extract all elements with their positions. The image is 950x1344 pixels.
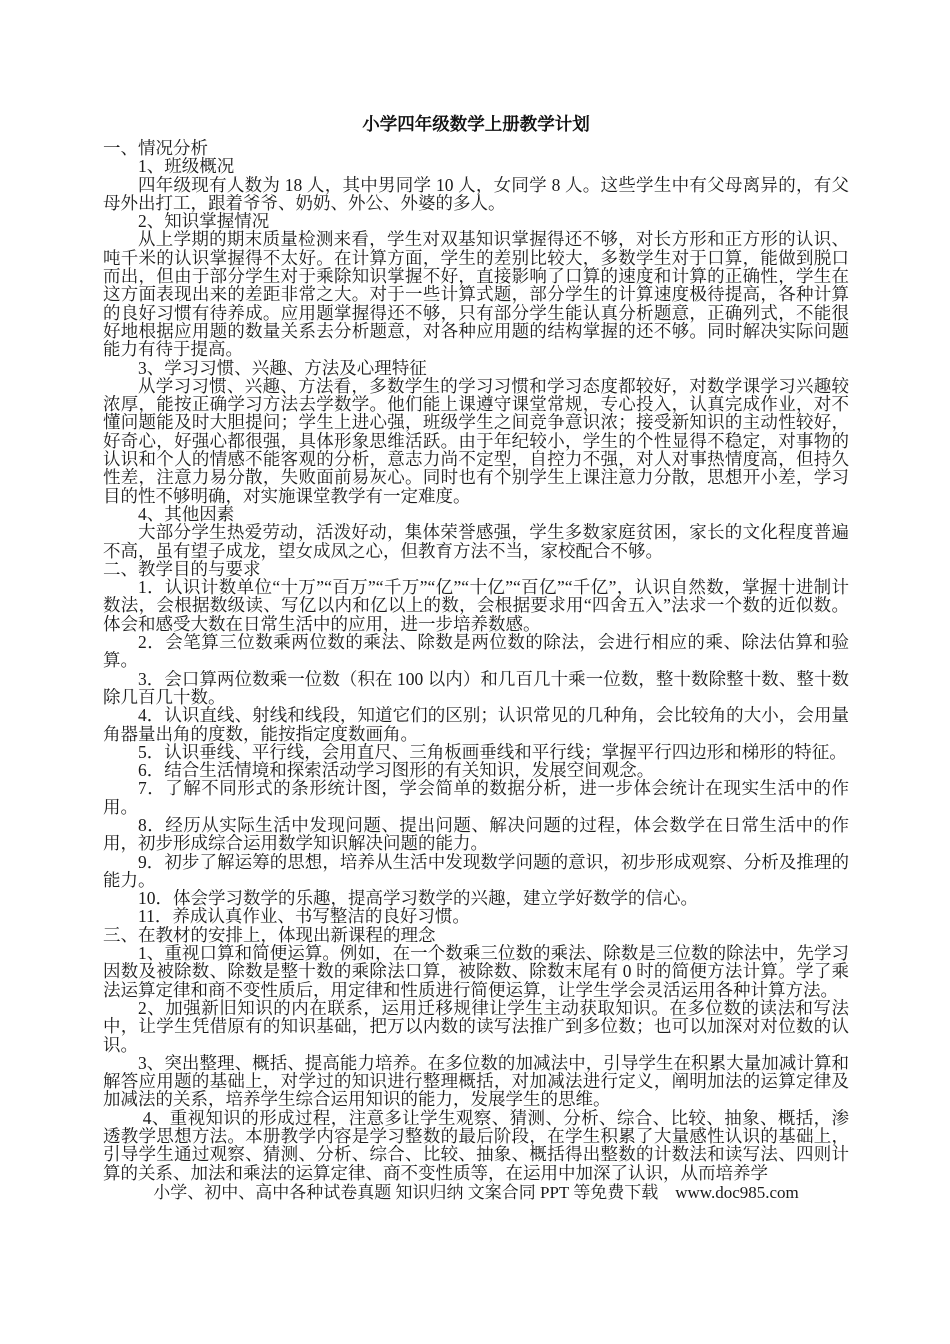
section-heading: 三、在教材的安排上，体现出新课程的理念 xyxy=(103,926,849,944)
paragraph: 8．经历从实际生活中发现问题、提出问题、解决问题的过程，体会数学在日常生活中的作… xyxy=(103,816,849,853)
paragraph: 2．会笔算三位数乘两位数的乘法、除数是两位数的除法，会进行相应的乘、除法估算和验… xyxy=(103,633,849,670)
document-body: 一、情况分析1、班级概况四年级现有人数为 18 人，其中男同学 10 人，女同学… xyxy=(103,139,849,1182)
section-heading: 二、教学目的与要求 xyxy=(103,560,849,578)
footer-line: 小学、初中、高中各种试卷真题 知识归纳 文案合同 PPT 等免费下载 www.d… xyxy=(103,1183,849,1202)
paragraph: 7．了解不同形式的条形统计图，学会简单的数据分析，进一步体会统计在现实生活中的作… xyxy=(103,779,849,816)
paragraph: 大部分学生热爱劳动，活泼好动，集体荣誉感强，学生多数家庭贫困，家长的文化程度普遍… xyxy=(103,523,849,560)
paragraph: 四年级现有人数为 18 人，其中男同学 10 人，女同学 8 人。这些学生中有父… xyxy=(103,176,849,213)
paragraph: 1、重视口算和简便运算。例如，在一个数乘三位数的乘法、除数是三位数的除法中，先学… xyxy=(103,944,849,999)
paragraph: 6．结合生活情境和探索活动学习图形的有关知识，发展空间观念。 xyxy=(103,761,849,779)
section-heading: 一、情况分析 xyxy=(103,139,849,157)
sub-heading: 4、其他因素 xyxy=(103,505,849,523)
paragraph: 2、加强新旧知识的内在联系，运用迁移规律让学生主动获取知识。在多位数的读法和写法… xyxy=(103,999,849,1054)
paragraph: 1．认识计数单位“十万”“百万”“千万”“亿”“十亿”“百亿”“千亿”，认识自然… xyxy=(103,578,849,633)
sub-heading: 1、班级概况 xyxy=(103,157,849,175)
paragraph: 10．体会学习数学的乐趣，提高学习数学的兴趣，建立学好数学的信心。 xyxy=(103,889,849,907)
document-page: 小学四年级数学上册教学计划 一、情况分析1、班级概况四年级现有人数为 18 人，… xyxy=(0,0,950,1344)
paragraph: 9．初步了解运筹的思想，培养从生活中发现数学问题的意识，初步形成观察、分析及推理… xyxy=(103,853,849,890)
document-content: 小学四年级数学上册教学计划 一、情况分析1、班级概况四年级现有人数为 18 人，… xyxy=(103,113,849,1202)
paragraph: 从学习习惯、兴趣、方法看，多数学生的学习习惯和学习态度都较好，对数学课学习兴趣较… xyxy=(103,377,849,505)
paragraph: 从上学期的期末质量检测来看，学生对双基知识掌握得还不够，对长方形和正方形的认识、… xyxy=(103,230,849,358)
paragraph: 4、重视知识的形成过程，注意多让学生观察、猜测、分析、综合、比较、抽象、概括，渗… xyxy=(103,1109,849,1182)
paragraph: 5．认识垂线、平行线，会用直尺、三角板画垂线和平行线；掌握平行四边形和梯形的特征… xyxy=(103,743,849,761)
paragraph: 4．认识直线、射线和线段，知道它们的区别；认识常见的几种角，会比较角的大小，会用… xyxy=(103,706,849,743)
paragraph: 3、突出整理、概括、提高能力培养。在多位数的加减法中，引导学生在积累大量加减计算… xyxy=(103,1054,849,1109)
paragraph: 3．会口算两位数乘一位数（积在 100 以内）和几百几十乘一位数，整十数除整十数… xyxy=(103,670,849,707)
sub-heading: 2、知识掌握情况 xyxy=(103,212,849,230)
sub-heading: 3、学习习惯、兴趣、方法及心理特征 xyxy=(103,359,849,377)
paragraph: 11．养成认真作业、书写整洁的良好习惯。 xyxy=(103,907,849,925)
page-title: 小学四年级数学上册教学计划 xyxy=(103,113,849,136)
